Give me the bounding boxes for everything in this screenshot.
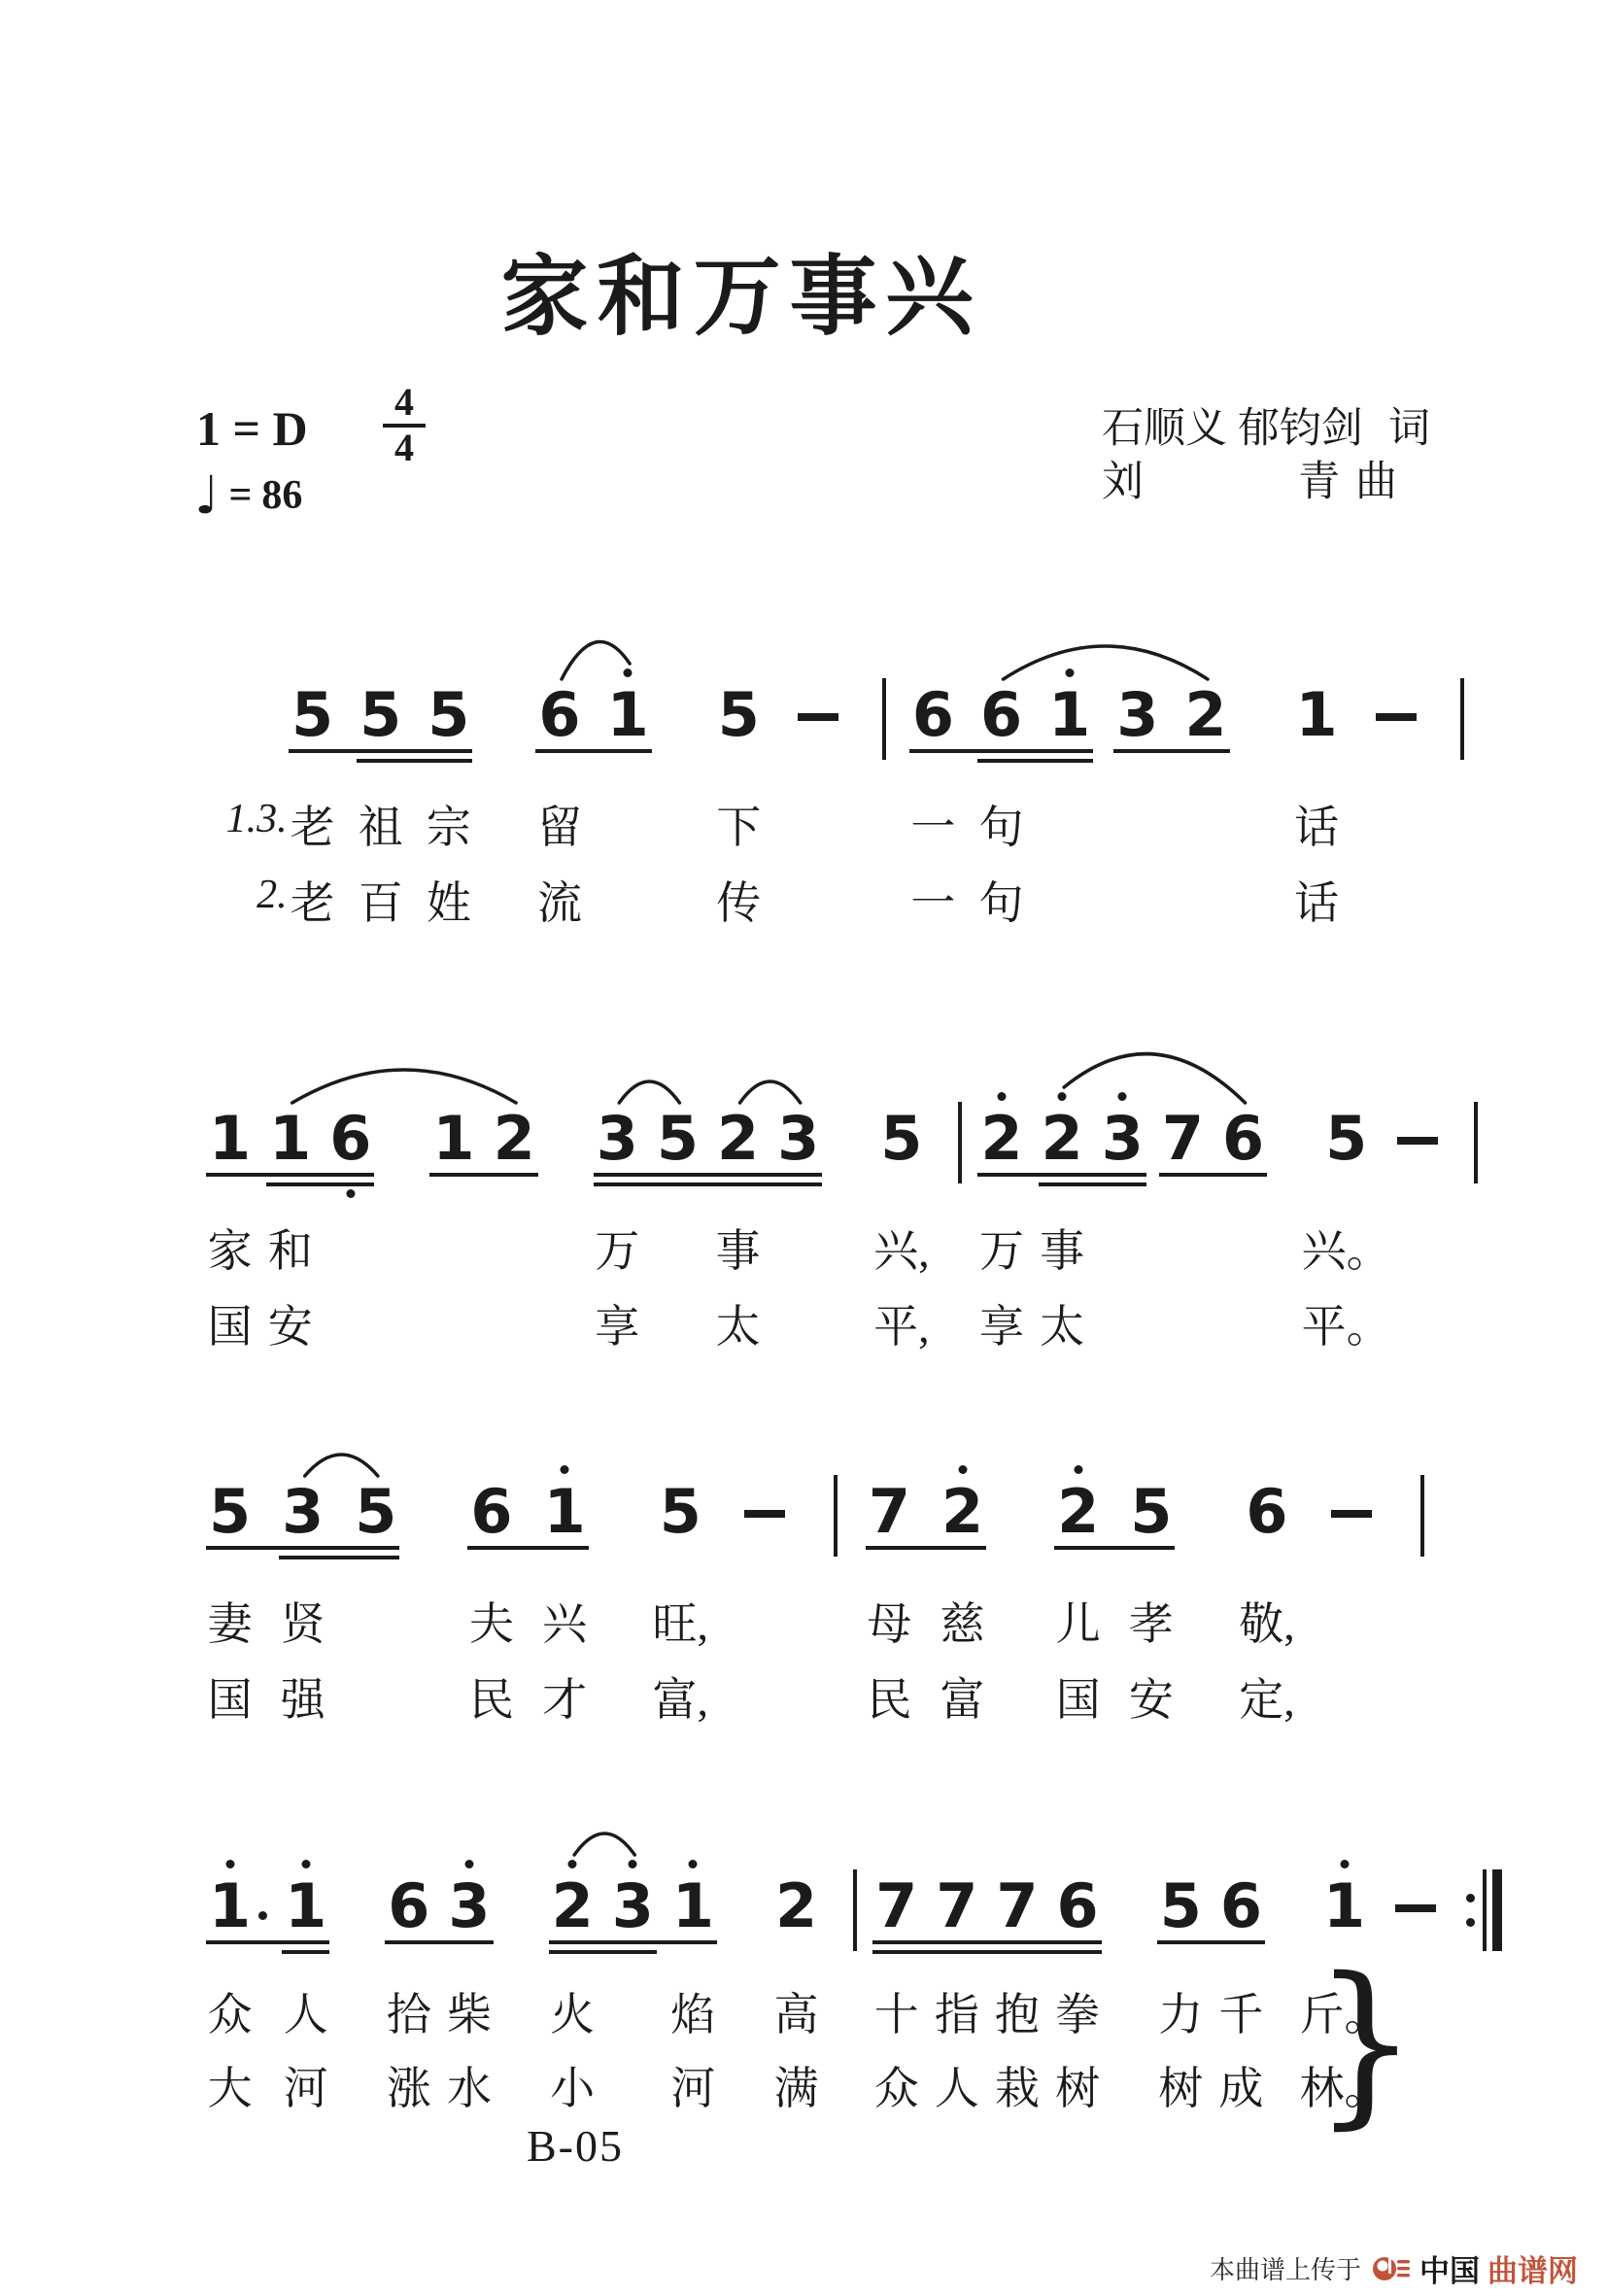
lyric-syllable: 民	[867, 1664, 911, 1729]
barline	[958, 1102, 962, 1183]
lyric-syllable: 太	[716, 1291, 761, 1355]
lyric-syllable: 拾	[387, 1979, 431, 2043]
lyric-syllable: 兴	[542, 1589, 587, 1653]
lyric-syllable: 孝	[1129, 1589, 1174, 1653]
lyric-syllable: 和	[268, 1216, 313, 1280]
octave-dot-high	[1340, 1860, 1349, 1868]
lyric-verse-2: 国安享太平,享太平。	[209, 1291, 1478, 1348]
lyric-syllable: 太	[1040, 1291, 1084, 1355]
note-7: 7	[1162, 1109, 1204, 1169]
slur	[1004, 646, 1208, 679]
note-1-high: 1	[1323, 1876, 1365, 1936]
note-5: 5	[355, 1482, 396, 1542]
beam-underline	[866, 1546, 986, 1550]
lyric-syllable: 涨	[387, 2053, 431, 2117]
note-2-high: 2	[941, 1482, 983, 1542]
octave-dot-high	[997, 1092, 1006, 1101]
lyric-syllable: 定,	[1239, 1664, 1295, 1729]
note-2-high: 2	[1057, 1482, 1099, 1542]
quarter-note-icon: ♩	[194, 474, 219, 516]
lyric-syllable: 人	[284, 1979, 328, 2043]
beam-underline	[206, 1940, 329, 1944]
lyric-syllable: 老	[291, 792, 335, 856]
note-6: 6	[1057, 1876, 1099, 1936]
lyric-syllable: 儿	[1056, 1589, 1101, 1653]
slur	[619, 1081, 679, 1103]
beam-underline	[1157, 1940, 1265, 1944]
credits: 石顺义 郁钧剑 词 刘 青 曲	[1102, 402, 1430, 509]
thin-barline	[1483, 1869, 1487, 1951]
lyric-verse-2: 2.老百姓流传一句话	[291, 868, 1464, 924]
octave-dot-low	[346, 1189, 355, 1198]
half-note-dash	[744, 1510, 785, 1518]
beam-underline	[1039, 1182, 1146, 1186]
note-5: 5	[660, 1482, 701, 1542]
note-2: 2	[717, 1109, 759, 1169]
lyric-syllable: 强	[281, 1664, 325, 1729]
beam-underline	[872, 1950, 1102, 1954]
beam-underline	[282, 1950, 329, 1954]
lyric-syllable: 句	[979, 792, 1024, 856]
lyric-syllable: 夫	[469, 1589, 514, 1653]
key-signature: 1 = D	[196, 400, 308, 457]
lyric-syllable: 一	[910, 792, 955, 856]
lyric-syllable: 句	[979, 868, 1024, 932]
note-1-high: 1	[607, 685, 649, 745]
octave-dot-high	[301, 1860, 310, 1868]
note-1-high: 1	[544, 1482, 586, 1542]
note-1-high: 1	[1048, 685, 1090, 745]
half-note-dash	[1395, 1904, 1436, 1912]
lyric-syllable: 十	[874, 1979, 919, 2043]
note-1-high: 1	[209, 1876, 251, 1936]
half-note-dash	[1397, 1137, 1438, 1145]
tempo-bpm: 86	[261, 472, 302, 519]
octave-dot-high	[958, 1465, 967, 1474]
note-3: 3	[777, 1109, 819, 1169]
lyric-syllable: 事	[1040, 1216, 1084, 1280]
verse-number: 1.3.	[226, 796, 288, 842]
octave-dot-high	[624, 668, 633, 677]
watermark: 本曲谱上传于 中国 曲谱网	[1210, 2246, 1578, 2290]
lyric-verse-1: 家和万事兴,万事兴。	[209, 1216, 1478, 1272]
barline	[834, 1475, 838, 1557]
end-repeat-sign	[1466, 1869, 1502, 1951]
tempo-equals: =	[228, 472, 252, 519]
verse-repeat-brace: }	[1314, 1954, 1418, 2130]
beam-underline	[535, 749, 651, 753]
beam-underline	[279, 1556, 399, 1559]
note-7: 7	[869, 1482, 910, 1542]
note-7: 7	[936, 1876, 977, 1936]
lyric-syllable: 指	[935, 1979, 979, 2043]
lyric-syllable: 大	[208, 2053, 253, 2117]
lyric-verse-1: 妻贤夫兴旺,母慈儿孝敬,	[209, 1589, 1424, 1645]
slur	[1064, 1054, 1245, 1103]
music-system-3: 53561572256妻贤夫兴旺,母慈儿孝敬,国强民才富,民富国安定,	[209, 1482, 1424, 1557]
lyric-syllable: 拳	[1055, 1979, 1100, 2043]
music-system-1: 5556156613211.3.老祖宗留下一句话2.老百姓流传一句话	[291, 685, 1464, 760]
music-system-2: 1161235235223765家和万事兴,万事兴。国安享太平,享太平。	[209, 1109, 1478, 1183]
music-system-4: 116323127776561众人拾柴火焰高十指抱拳力千斤。大河涨水小河满众人栽…	[209, 1876, 1502, 1951]
lyric-syllable: 满	[774, 2053, 819, 2117]
half-note-dash	[1331, 1510, 1372, 1518]
lyric-verse-1: 1.3.老祖宗留下一句话	[291, 792, 1464, 848]
lyric-syllable: 传	[716, 868, 761, 932]
watermark-text: 本曲谱上传于	[1210, 2250, 1361, 2286]
lyric-syllable: 安	[1129, 1664, 1174, 1729]
note-6-low: 6	[329, 1109, 371, 1169]
note-6: 6	[980, 685, 1022, 745]
octave-dot-high	[225, 1860, 234, 1868]
lyric-syllable: 老	[291, 868, 335, 932]
lyric-verse-1: 众人拾柴火焰高十指抱拳力千斤。	[209, 1979, 1502, 2036]
beam-underline	[549, 1940, 717, 1944]
beam-underline	[206, 1173, 374, 1177]
note-6: 6	[1246, 1482, 1287, 1542]
note-2: 2	[775, 1876, 817, 1936]
note-5: 5	[1130, 1482, 1172, 1542]
lyric-syllable: 一	[910, 868, 955, 932]
beam-underline	[385, 1940, 493, 1944]
lyric-syllable: 成	[1218, 2053, 1263, 2117]
note-6: 6	[538, 685, 580, 745]
lyric-syllable: 众	[874, 2053, 919, 2117]
beam-underline	[206, 1546, 399, 1550]
lyric-syllable: 焰	[670, 1979, 715, 2043]
slur	[305, 1455, 378, 1476]
lyric-syllable: 慈	[940, 1589, 985, 1653]
lyric-syllable: 平。	[1302, 1291, 1391, 1355]
slur-layer	[203, 1027, 1487, 1109]
note-5: 5	[880, 1109, 922, 1169]
sheet-music-page: 家和万事兴 1 = D 4 4 ♩ = 86 石顺义 郁钧剑 词 刘 青 曲 5…	[0, 0, 1607, 2296]
lyric-syllable: 兴。	[1302, 1216, 1391, 1280]
note-5: 5	[718, 685, 760, 745]
octave-dot-high	[1074, 1465, 1082, 1474]
lyric-syllable: 力	[1158, 1979, 1203, 2043]
note-3: 3	[1116, 685, 1158, 745]
slur	[574, 1833, 634, 1855]
lyric-syllable: 享	[595, 1291, 639, 1355]
slur	[740, 1081, 801, 1103]
octave-dot-high	[1118, 1092, 1127, 1101]
barline	[1474, 1102, 1478, 1183]
barline	[1420, 1475, 1424, 1557]
thick-barline	[1492, 1869, 1502, 1951]
half-note-dash	[798, 713, 838, 721]
lyric-syllable: 才	[542, 1664, 587, 1729]
beam-underline	[1159, 1173, 1267, 1177]
beam-underline	[1113, 749, 1229, 753]
lyric-syllable: 柴	[447, 1979, 492, 2043]
lyric-syllable: 水	[447, 2053, 492, 2117]
note-1: 1	[209, 1109, 251, 1169]
note-5: 5	[291, 685, 333, 745]
octave-dot-high	[629, 1860, 637, 1868]
note-5: 5	[1325, 1109, 1367, 1169]
lyric-syllable: 火	[550, 1979, 595, 2043]
note-3-high: 3	[448, 1876, 490, 1936]
lyric-syllable: 安	[268, 1291, 313, 1355]
beam-underline	[549, 1950, 657, 1954]
repeat-dots	[1466, 1894, 1475, 1927]
page-number: B-05	[0, 2120, 1150, 2172]
lyric-syllable: 妻	[208, 1589, 253, 1653]
note-1-high: 1	[672, 1876, 714, 1936]
barline	[882, 678, 886, 760]
composer-given-name: 青	[1298, 456, 1340, 509]
note-2-high: 2	[552, 1876, 594, 1936]
octave-dot-high	[1058, 1092, 1067, 1101]
tempo-marking: ♩ = 86	[194, 472, 302, 519]
note-row: 1161235235223765	[209, 1109, 1478, 1183]
lyric-syllable: 敬,	[1239, 1589, 1295, 1653]
beam-underline	[467, 1546, 588, 1550]
augmentation-dot	[258, 1911, 267, 1920]
lyric-syllable: 树	[1055, 2053, 1100, 2117]
octave-dot-high	[568, 1860, 577, 1868]
beam-underline	[977, 1173, 1145, 1177]
beam-underline	[977, 759, 1093, 763]
lyric-syllable: 家	[208, 1216, 253, 1280]
lyric-syllable: 人	[935, 2053, 979, 2117]
lyric-syllable: 富,	[653, 1664, 709, 1729]
lyricist-names: 石顺义 郁钧剑	[1102, 402, 1363, 456]
lyric-syllable: 享	[979, 1291, 1024, 1355]
time-signature-numerator: 4	[394, 385, 414, 421]
note-6: 6	[470, 1482, 512, 1542]
note-1: 1	[269, 1109, 311, 1169]
lyric-syllable: 小	[550, 2053, 595, 2117]
lyric-syllable: 河	[284, 2053, 328, 2117]
note-5: 5	[359, 685, 401, 745]
lyric-syllable: 民	[469, 1664, 514, 1729]
note-3-high: 3	[1102, 1109, 1144, 1169]
lyric-syllable: 旺,	[653, 1589, 709, 1653]
lyric-syllable: 万	[595, 1216, 639, 1280]
note-1: 1	[432, 1109, 474, 1169]
note-7: 7	[996, 1876, 1038, 1936]
brand-name-black: 中国	[1419, 2246, 1480, 2290]
beam-underline	[357, 759, 472, 763]
lyric-syllable: 国	[208, 1291, 253, 1355]
beam-underline	[289, 749, 472, 753]
slur-layer	[286, 603, 1472, 685]
lyric-verse-2: 大河涨水小河满众人栽树树成林。	[209, 2053, 1502, 2109]
lyric-syllable: 宗	[427, 792, 471, 856]
lyric-syllable: 国	[1056, 1664, 1101, 1729]
lyric-syllable: 高	[774, 1979, 819, 2043]
slur-layer	[203, 1795, 1511, 1876]
lyric-syllable: 贤	[281, 1589, 325, 1653]
time-signature-denominator: 4	[394, 430, 414, 466]
lyric-syllable: 河	[670, 2053, 715, 2117]
note-6: 6	[1220, 1876, 1262, 1936]
note-6: 6	[1222, 1109, 1264, 1169]
beam-underline	[266, 1182, 374, 1186]
lyric-syllable: 百	[359, 868, 403, 932]
lyric-syllable: 国	[208, 1664, 253, 1729]
barline	[1460, 678, 1464, 760]
note-6: 6	[388, 1876, 429, 1936]
note-5: 5	[209, 1482, 251, 1542]
lyricist-role: 词	[1388, 402, 1430, 456]
half-note-dash	[1376, 713, 1417, 721]
note-5: 5	[1160, 1876, 1202, 1936]
lyric-syllable: 万	[979, 1216, 1024, 1280]
note-5: 5	[427, 685, 469, 745]
composer-surname: 刘	[1102, 456, 1144, 509]
lyric-syllable: 栽	[995, 2053, 1040, 2117]
lyric-syllable: 千	[1218, 1979, 1263, 2043]
lyric-syllable: 下	[716, 792, 761, 856]
note-7: 7	[875, 1876, 917, 1936]
lyric-syllable: 树	[1158, 2053, 1203, 2117]
note-3-high: 3	[612, 1876, 654, 1936]
lyric-syllable: 事	[716, 1216, 761, 1280]
note-1-high: 1	[285, 1876, 326, 1936]
lyric-syllable: 平,	[873, 1291, 930, 1355]
brand-name-red: 曲谱网	[1487, 2246, 1578, 2290]
lyric-syllable: 抱	[995, 1979, 1040, 2043]
beam-underline	[594, 1182, 823, 1186]
lyric-verse-2: 国强民才富,民富国安定,	[209, 1664, 1424, 1721]
composer-role: 曲	[1355, 456, 1397, 509]
lyric-syllable: 母	[867, 1589, 911, 1653]
beam-underline	[872, 1940, 1102, 1944]
lyric-syllable: 话	[1294, 868, 1339, 932]
slur	[292, 1070, 516, 1103]
beam-underline	[909, 749, 1093, 753]
note-3: 3	[597, 1109, 638, 1169]
lyric-syllable: 众	[208, 1979, 253, 2043]
site-logo-icon	[1373, 2253, 1412, 2284]
slur-layer	[203, 1400, 1432, 1482]
octave-dot-high	[561, 1465, 569, 1474]
verse-number: 2.	[256, 872, 288, 918]
note-1: 1	[1296, 685, 1338, 745]
barline	[853, 1869, 857, 1951]
beam-underline	[429, 1173, 537, 1177]
octave-dot-high	[1065, 668, 1074, 677]
note-3: 3	[282, 1482, 324, 1542]
note-2-high: 2	[1042, 1109, 1083, 1169]
octave-dot-high	[464, 1860, 473, 1868]
note-2: 2	[494, 1109, 535, 1169]
note-6: 6	[912, 685, 954, 745]
lyric-syllable: 留	[537, 792, 582, 856]
lyric-syllable: 话	[1294, 792, 1339, 856]
time-signature: 4 4	[383, 385, 426, 466]
lyric-syllable: 姓	[427, 868, 471, 932]
note-2-high: 2	[980, 1109, 1022, 1169]
lyric-syllable: 兴,	[873, 1216, 930, 1280]
note-5: 5	[657, 1109, 699, 1169]
lyric-syllable: 祖	[359, 792, 403, 856]
song-title: 家和万事兴	[0, 225, 1545, 352]
beam-underline	[1054, 1546, 1175, 1550]
note-2: 2	[1184, 685, 1226, 745]
slur	[562, 641, 630, 679]
lyric-syllable: 富	[940, 1664, 985, 1729]
lyric-syllable: 流	[537, 868, 582, 932]
beam-underline	[594, 1173, 823, 1177]
octave-dot-high	[689, 1860, 698, 1868]
